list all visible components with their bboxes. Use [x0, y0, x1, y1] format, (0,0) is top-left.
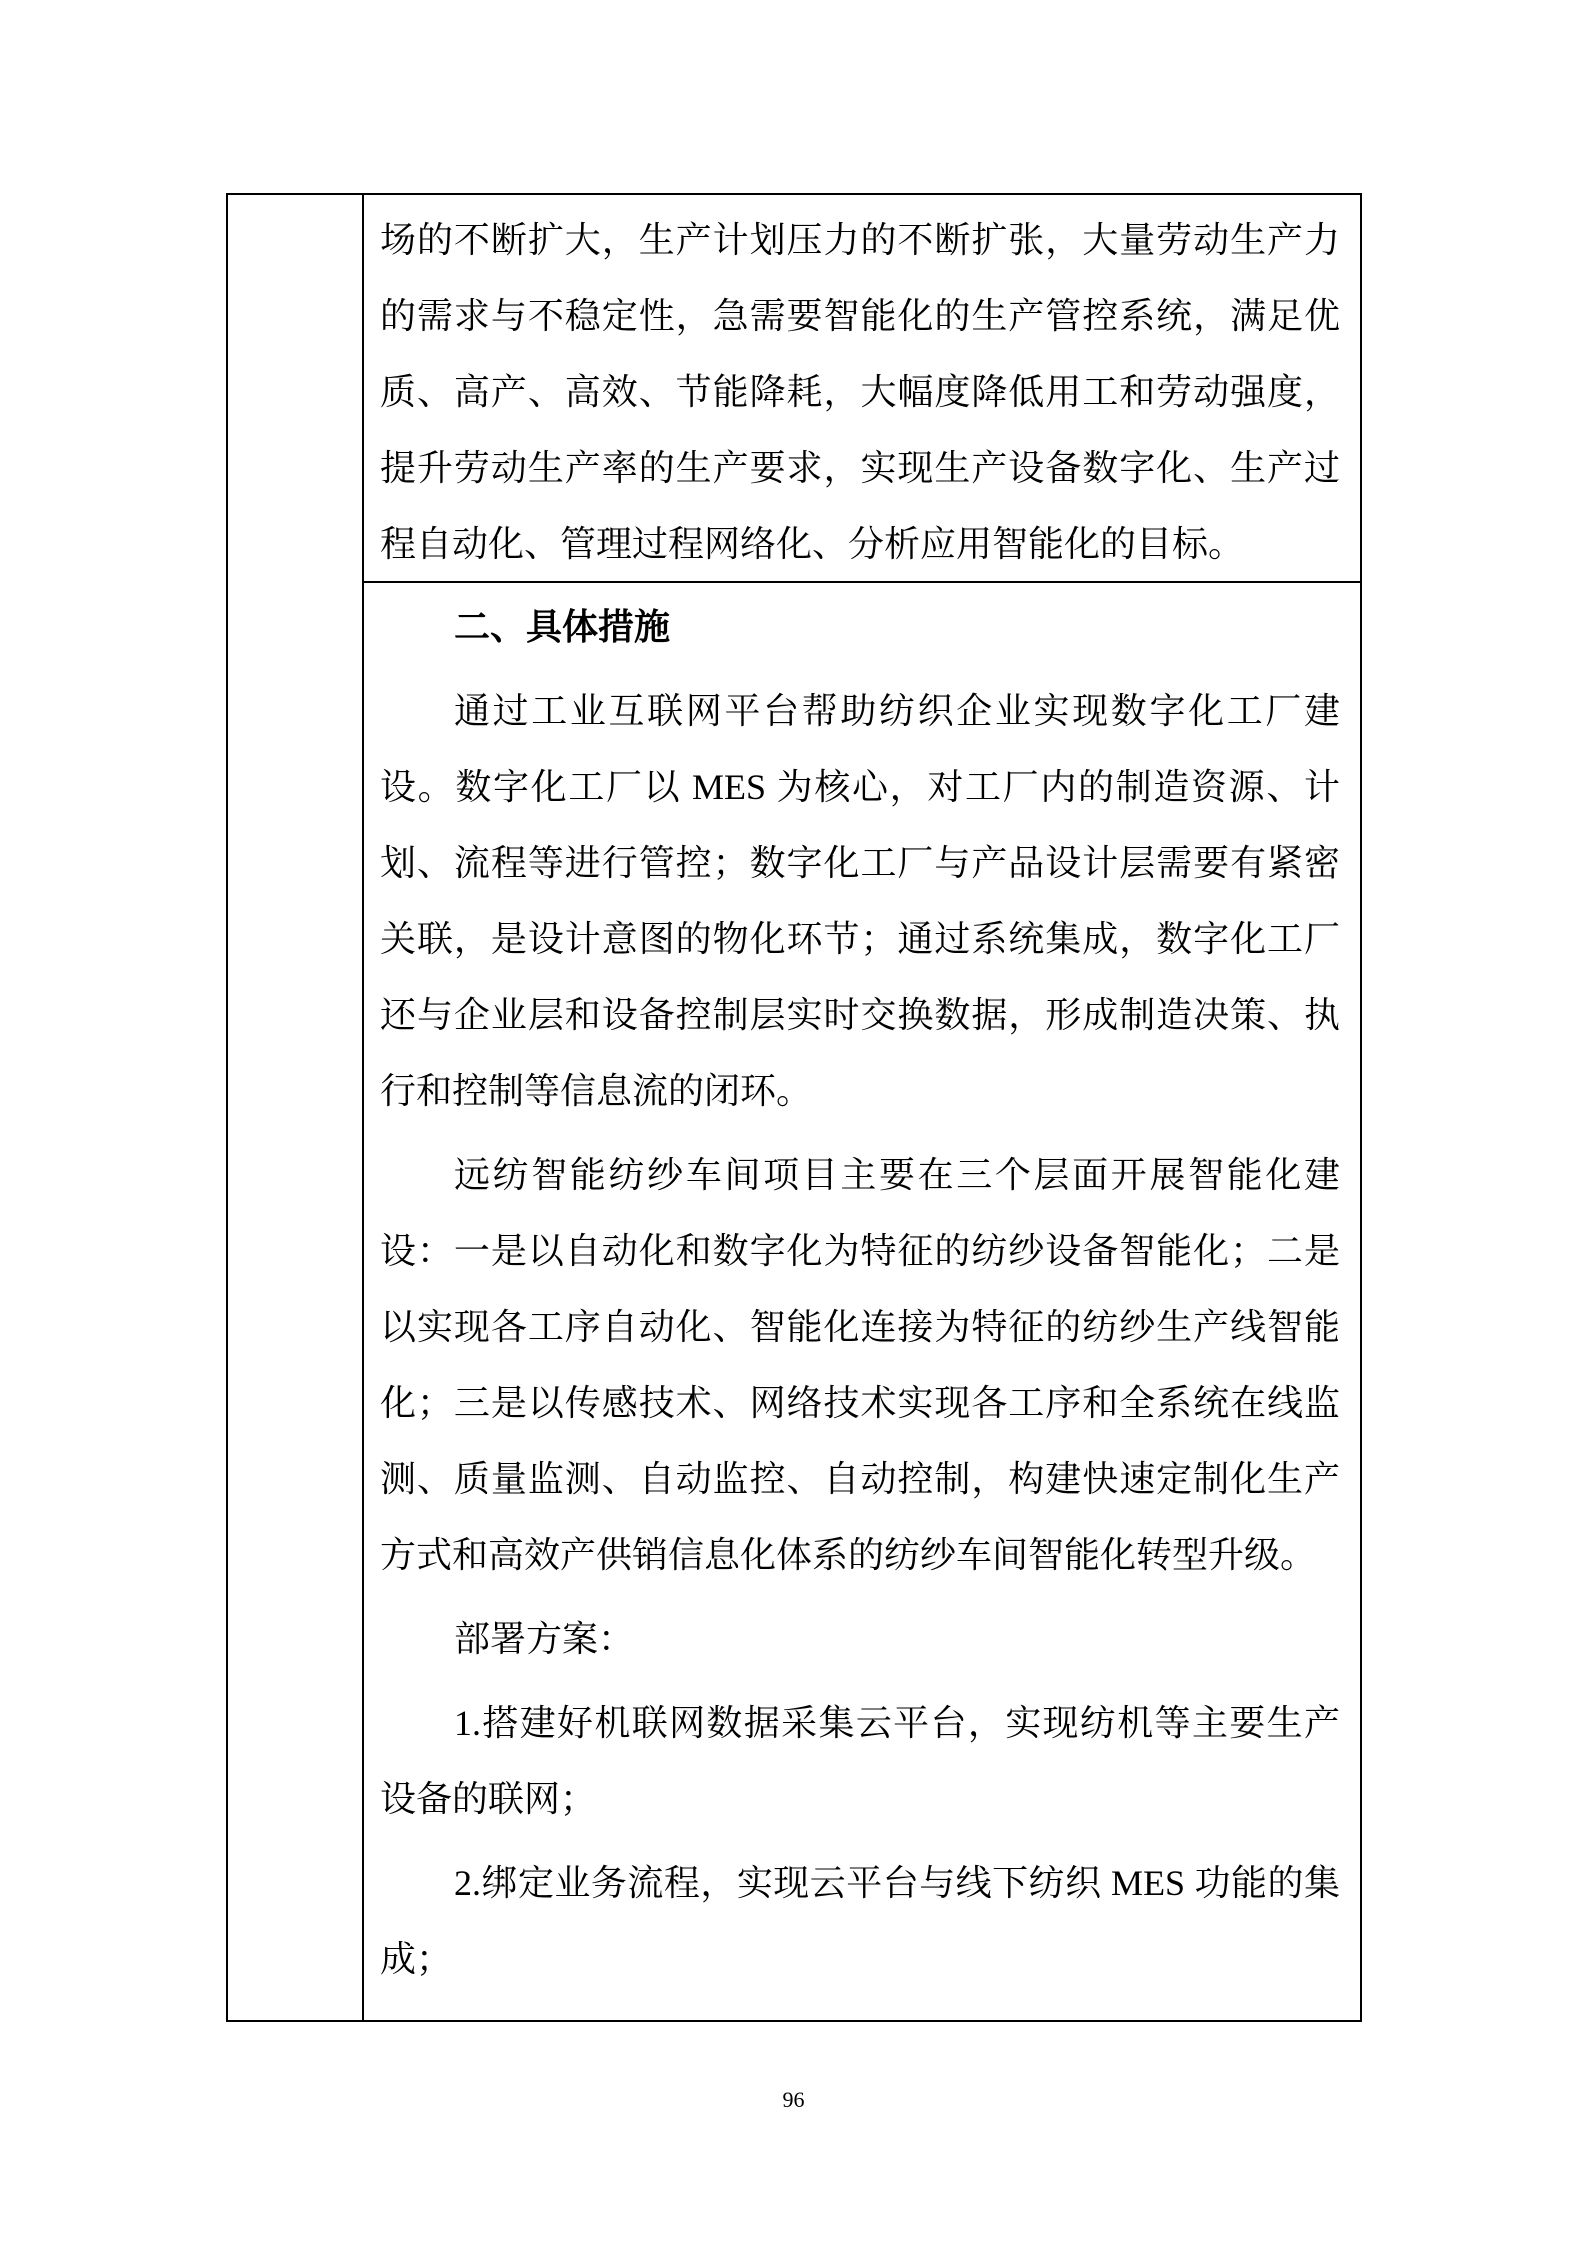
text-line: 质、高产、高效、节能降耗，大幅度降低用工和劳动强度， — [380, 354, 1340, 430]
text-line: 的需求与不稳定性，急需要智能化的生产管控系统，满足优 — [380, 278, 1340, 354]
text-line: 设备的联网； — [380, 1761, 1340, 1837]
text-line: 化；三是以传感技术、网络技术实现各工序和全系统在线监 — [380, 1365, 1340, 1441]
text-line: 设：一是以自动化和数字化为特征的纺纱设备智能化；二是 — [380, 1213, 1340, 1289]
text-line: 划、流程等进行管控；数字化工厂与产品设计层需要有紧密 — [380, 825, 1340, 901]
text-line: 成； — [380, 1921, 1340, 1997]
text-line: 部署方案： — [380, 1601, 1340, 1677]
text-line: 远纺智能纺纱车间项目主要在三个层面开展智能化建 — [380, 1137, 1340, 1213]
paragraph: 场的不断扩大，生产计划压力的不断扩张，大量劳动生产力的需求与不稳定性，急需要智能… — [380, 202, 1340, 582]
section-heading: 二、具体措施 — [380, 589, 1340, 665]
text-line: 1.搭建好机联网数据采集云平台，实现纺机等主要生产 — [380, 1685, 1340, 1761]
table-row-measures: 二、具体措施通过工业互联网平台帮助纺织企业实现数字化工厂建设。数字化工厂以 ME… — [364, 583, 1360, 2020]
table-row-overview: 场的不断扩大，生产计划压力的不断扩张，大量劳动生产力的需求与不稳定性，急需要智能… — [364, 195, 1360, 583]
text-line: 场的不断扩大，生产计划压力的不断扩张，大量劳动生产力 — [380, 202, 1340, 278]
table-right-column: 场的不断扩大，生产计划压力的不断扩张，大量劳动生产力的需求与不稳定性，急需要智能… — [364, 195, 1360, 2020]
paragraph: 通过工业互联网平台帮助纺织企业实现数字化工厂建设。数字化工厂以 MES 为核心，… — [380, 673, 1340, 1129]
text-line: 提升劳动生产率的生产要求，实现生产设备数字化、生产过 — [380, 430, 1340, 506]
paragraph: 远纺智能纺纱车间项目主要在三个层面开展智能化建设：一是以自动化和数字化为特征的纺… — [380, 1137, 1340, 1593]
text-line: 二、具体措施 — [380, 589, 1340, 665]
page-number: 96 — [0, 2086, 1587, 2114]
text-line: 行和控制等信息流的闭环。 — [380, 1053, 1340, 1129]
text-line: 2.绑定业务流程，实现云平台与线下纺织 MES 功能的集 — [380, 1845, 1340, 1921]
paragraph: 1.搭建好机联网数据采集云平台，实现纺机等主要生产设备的联网； — [380, 1685, 1340, 1837]
paragraph: 部署方案： — [380, 1601, 1340, 1677]
text-line: 关联，是设计意图的物化环节；通过系统集成，数字化工厂 — [380, 901, 1340, 977]
text-line: 还与企业层和设备控制层实时交换数据，形成制造决策、执 — [380, 977, 1340, 1053]
paragraph: 2.绑定业务流程，实现云平台与线下纺织 MES 功能的集成； — [380, 1845, 1340, 1997]
content-table: 场的不断扩大，生产计划压力的不断扩张，大量劳动生产力的需求与不稳定性，急需要智能… — [226, 193, 1362, 2022]
table-left-column-cell — [228, 195, 364, 2020]
text-line: 方式和高效产供销信息化体系的纺纱车间智能化转型升级。 — [380, 1517, 1340, 1593]
text-line: 设。数字化工厂以 MES 为核心，对工厂内的制造资源、计 — [380, 749, 1340, 825]
text-line: 通过工业互联网平台帮助纺织企业实现数字化工厂建 — [380, 673, 1340, 749]
text-line: 测、质量监测、自动监控、自动控制，构建快速定制化生产 — [380, 1441, 1340, 1517]
text-line: 程自动化、管理过程网络化、分析应用智能化的目标。 — [380, 506, 1340, 582]
text-line: 以实现各工序自动化、智能化连接为特征的纺纱生产线智能 — [380, 1289, 1340, 1365]
